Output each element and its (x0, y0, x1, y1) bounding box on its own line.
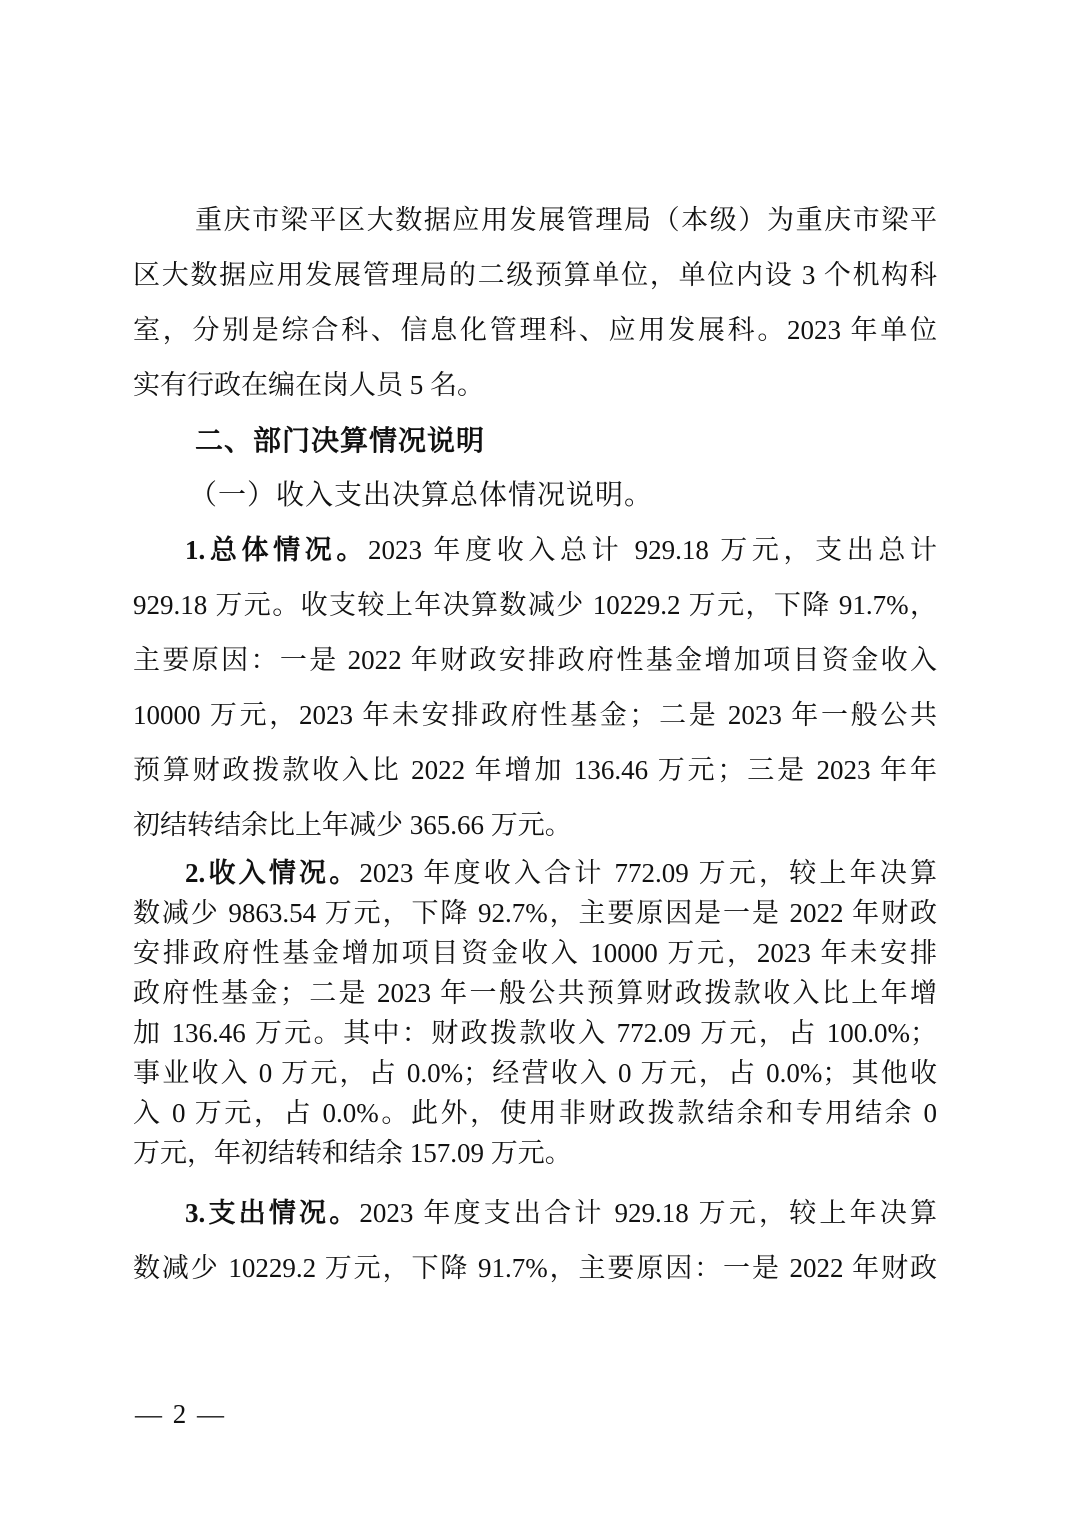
text-line: 事业收入 0 万元，占 0.0%；经营收入 0 万元，占 0.0%；其他收 (133, 1053, 937, 1093)
text-line: 初结转结余比上年减少 365.66 万元。 (133, 798, 937, 853)
text-line: 929.18 万元。收支较上年决算数减少 10229.2 万元，下降 91.7%… (133, 578, 937, 633)
paragraph-lead: 1.总体情况。 (185, 535, 368, 565)
section-heading: 二、部门决算情况说明 (133, 413, 937, 468)
page-number: — 2 — (135, 1396, 226, 1432)
text-line: 万元，年初结转和结余 157.09 万元。 (133, 1133, 937, 1173)
text-line: 入 0 万元，占 0.0%。此外，使用非财政拨款结余和专用结余 0 (133, 1093, 937, 1133)
expenditure-paragraph: 3.支出情况。2023 年度支出合计 929.18 万元，较上年决算 数减少 1… (133, 1186, 937, 1296)
text-line: 预算财政拨款收入比 2022 年增加 136.46 万元；三是 2023 年年 (133, 743, 937, 798)
document-page: 重庆市梁平区大数据应用发展管理局（本级）为重庆市梁平 区大数据应用发展管理局的二… (0, 0, 1075, 1520)
text-line: 10000 万元，2023 年未安排政府性基金；二是 2023 年一般公共 (133, 688, 937, 743)
text-line: 重庆市梁平区大数据应用发展管理局（本级）为重庆市梁平 (133, 193, 937, 248)
text-line: 数减少 9863.54 万元，下降 92.7%，主要原因是一是 2022 年财政 (133, 893, 937, 933)
income-paragraph: 2.收入情况。2023 年度收入合计 772.09 万元，较上年决算 数减少 9… (133, 853, 937, 1173)
paragraph-lead: 2.收入情况。 (185, 858, 359, 888)
text-line: 区大数据应用发展管理局的二级预算单位，单位内设 3 个机构科 (133, 248, 937, 303)
paragraph-lead: 3.支出情况。 (185, 1198, 359, 1228)
text-line: 室，分别是综合科、信息化管理科、应用发展科。2023 年单位 (133, 303, 937, 358)
paragraph-text: 2023 年度支出合计 929.18 万元，较上年决算 (359, 1198, 937, 1228)
text-line: 2.收入情况。2023 年度收入合计 772.09 万元，较上年决算 (133, 853, 937, 893)
subsection-heading: （一）收入支出决算总体情况说明。 (133, 468, 937, 523)
text-line: 实有行政在编在岗人员 5 名。 (133, 358, 937, 413)
overall-paragraph: 1.总体情况。2023 年度收入总计 929.18 万元，支出总计 929.18… (133, 523, 937, 853)
document-body: 重庆市梁平区大数据应用发展管理局（本级）为重庆市梁平 区大数据应用发展管理局的二… (133, 193, 937, 1296)
text-line: 1.总体情况。2023 年度收入总计 929.18 万元，支出总计 (133, 523, 937, 578)
text-line: 3.支出情况。2023 年度支出合计 929.18 万元，较上年决算 (133, 1186, 937, 1241)
text-line: 数减少 10229.2 万元，下降 91.7%，主要原因：一是 2022 年财政 (133, 1241, 937, 1296)
paragraph-text: 2023 年度收入合计 772.09 万元，较上年决算 (359, 858, 937, 888)
text-line: 主要原因：一是 2022 年财政安排政府性基金增加项目资金收入 (133, 633, 937, 688)
paragraph-text: 2023 年度收入总计 929.18 万元，支出总计 (368, 535, 937, 565)
text-line: 加 136.46 万元。其中：财政拨款收入 772.09 万元，占 100.0%… (133, 1013, 937, 1053)
text-line: 政府性基金；二是 2023 年一般公共预算财政拨款收入比上年增 (133, 973, 937, 1013)
text-line: 安排政府性基金增加项目资金收入 10000 万元，2023 年未安排 (133, 933, 937, 973)
intro-paragraph: 重庆市梁平区大数据应用发展管理局（本级）为重庆市梁平 区大数据应用发展管理局的二… (133, 193, 937, 413)
